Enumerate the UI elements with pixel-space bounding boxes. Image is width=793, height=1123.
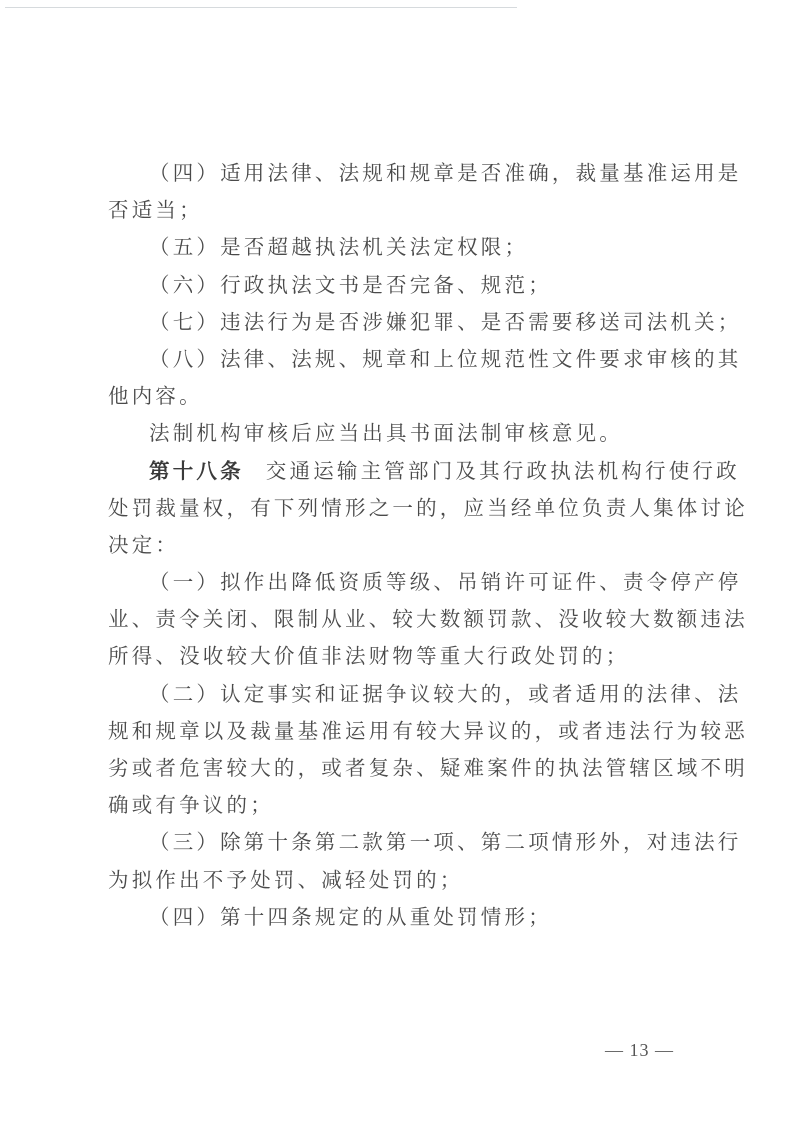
page-number: — 13 — xyxy=(605,1040,674,1061)
article-18-item-2-line-3: 劣或者危害较大的，或者复杂、疑难案件的执法管辖区域不明 xyxy=(108,750,690,787)
paragraph-review-opinion: 法制机构审核后应当出具书面法制审核意见。 xyxy=(108,415,690,452)
paragraph-item-4-line-1: （四）适用法律、法规和规章是否准确，裁量基准运用是 xyxy=(108,155,690,192)
article-18-text: 交通运输主管部门及其行政执法机构行使行政 xyxy=(266,459,740,483)
paragraph-item-6: （六）行政执法文书是否完备、规范； xyxy=(108,267,690,304)
article-18-item-1-line-1: （一）拟作出降低资质等级、吊销许可证件、责令停产停 xyxy=(108,564,690,601)
article-18-line-3: 决定： xyxy=(108,527,690,564)
paragraph-item-7: （七）违法行为是否涉嫌犯罪、是否需要移送司法机关； xyxy=(108,304,690,341)
article-18-item-4: （四）第十四条规定的从重处罚情形； xyxy=(108,899,690,936)
article-18-item-1-line-3: 所得、没收较大价值非法财物等重大行政处罚的； xyxy=(108,638,690,675)
article-18-item-2-line-4: 确或有争议的； xyxy=(108,787,690,824)
paragraph-item-8-line-2: 他内容。 xyxy=(108,378,690,415)
paragraph-item-8-line-1: （八）法律、法规、规章和上位规范性文件要求审核的其 xyxy=(108,341,690,378)
article-18-line-2: 处罚裁量权，有下列情形之一的，应当经单位负责人集体讨论 xyxy=(108,490,690,527)
paragraph-item-5: （五）是否超越执法机关法定权限； xyxy=(108,229,690,266)
article-18-item-2-line-2: 规和规章以及裁量基准运用有较大异议的，或者违法行为较恶 xyxy=(108,713,690,750)
scan-top-edge-line xyxy=(5,7,517,8)
article-18-item-3-line-2: 为拟作出不予处罚、减轻处罚的； xyxy=(108,862,690,899)
article-18-item-1-line-2: 业、责令关闭、限制从业、较大数额罚款、没收较大数额违法 xyxy=(108,601,690,638)
article-heading: 第十八条 xyxy=(149,459,244,483)
article-18-line-1: 第十八条交通运输主管部门及其行政执法机构行使行政 xyxy=(108,453,690,490)
article-18-item-3-line-1: （三）除第十条第二款第一项、第二项情形外，对违法行 xyxy=(108,824,690,861)
document-body: （四）适用法律、法规和规章是否准确，裁量基准运用是 否适当； （五）是否超越执法… xyxy=(108,155,690,936)
article-18-item-2-line-1: （二）认定事实和证据争议较大的，或者适用的法律、法 xyxy=(108,676,690,713)
paragraph-item-4-line-2: 否适当； xyxy=(108,192,690,229)
